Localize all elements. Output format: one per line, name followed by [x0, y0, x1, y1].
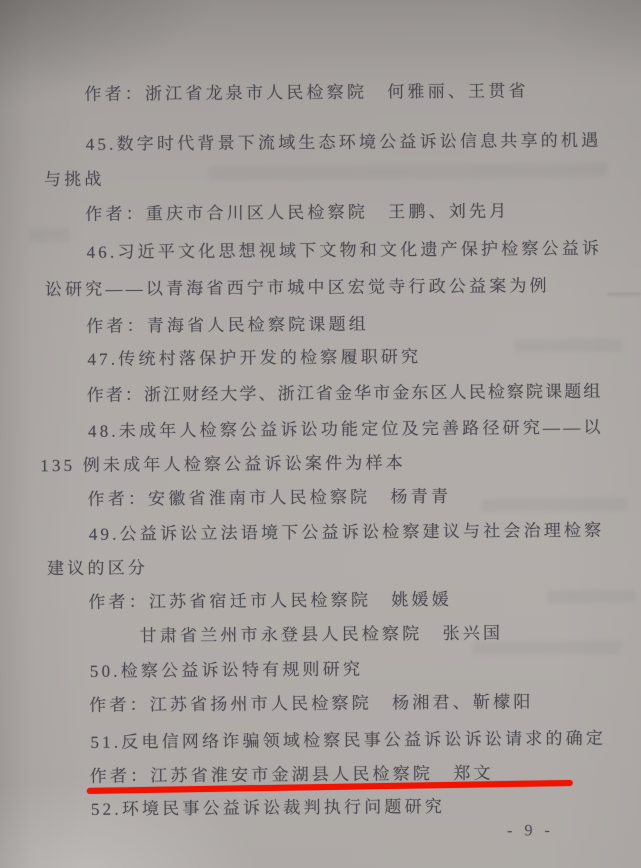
- doc-line-author: 作者：江苏省宿迁市人民检察院 姚媛媛: [88, 585, 452, 613]
- doc-line-author: 作者：重庆市合川区人民检察院 王鹏、刘先月: [85, 197, 509, 225]
- doc-line-author: 作者：浙江省龙泉市人民检察院 何雅丽、王贯省: [84, 76, 529, 104]
- bleed-through-smudge: [472, 641, 622, 655]
- doc-line-title-47: 47.传统村落保护开发的检察履职研究: [87, 342, 421, 370]
- bleed-through-smudge: [208, 163, 608, 181]
- doc-line-title-51: 51.反电信网络诈骗领域检察民事公益诉讼诉讼请求的确定: [90, 724, 606, 753]
- bleed-through-smudge: [514, 339, 622, 353]
- doc-line-title-45-cont: 与挑战: [44, 165, 105, 190]
- doc-line-title-52: 52.环境民事公益诉讼裁判执行问题研究: [91, 792, 445, 820]
- doc-line-title-48: 48.未成年人检察公益诉讼功能定位及完善路径研究——以: [88, 413, 604, 442]
- faint-rule-mark: [607, 292, 641, 295]
- doc-line-author: 作者：安徽省淮南市人民检察院 杨青青: [87, 482, 451, 510]
- page-number: - 9 -: [507, 822, 554, 840]
- doc-line-title-49: 49.公益诉讼立法语境下公益诉讼检察建议与社会治理检察: [89, 516, 605, 545]
- bleed-through-smudge: [28, 228, 70, 242]
- bleed-through-smudge: [481, 498, 629, 512]
- doc-line-author: 作者：青海省人民检察院课题组: [86, 310, 369, 337]
- doc-line-title-50: 50.检察公益诉讼特有规则研究: [90, 655, 363, 682]
- doc-line-title-46-cont: 讼研究——以青海省西宁市城中区宏觉寺行政公益案为例: [45, 271, 550, 300]
- doc-line-title-48-cont: 135 例未成年人检察公益诉讼案件为样本: [40, 448, 406, 476]
- doc-line-title-46: 46.习近平文化思想视域下文物和文化遗产保护检察公益诉: [86, 234, 602, 263]
- doc-line-author: 作者：浙江财经大学、浙江省金华市金东区人民检察院课题组: [87, 377, 603, 406]
- doc-line-title-49-cont: 建议的区分: [47, 553, 148, 579]
- document-page: 作者：浙江省龙泉市人民检察院 何雅丽、王贯省 45.数字时代背景下流域生态环境公…: [0, 0, 641, 868]
- bleed-through-smudge: [546, 590, 636, 604]
- doc-line-title-45: 45.数字时代背景下流域生态环境公益诉讼信息共享的机遇: [86, 126, 602, 155]
- doc-line-author: 作者：江苏省扬州市人民检察院 杨湘君、靳檬阳: [89, 687, 534, 715]
- doc-line-author-cont: 甘肃省兰州市永登县人民检察院 张兴国: [139, 619, 503, 647]
